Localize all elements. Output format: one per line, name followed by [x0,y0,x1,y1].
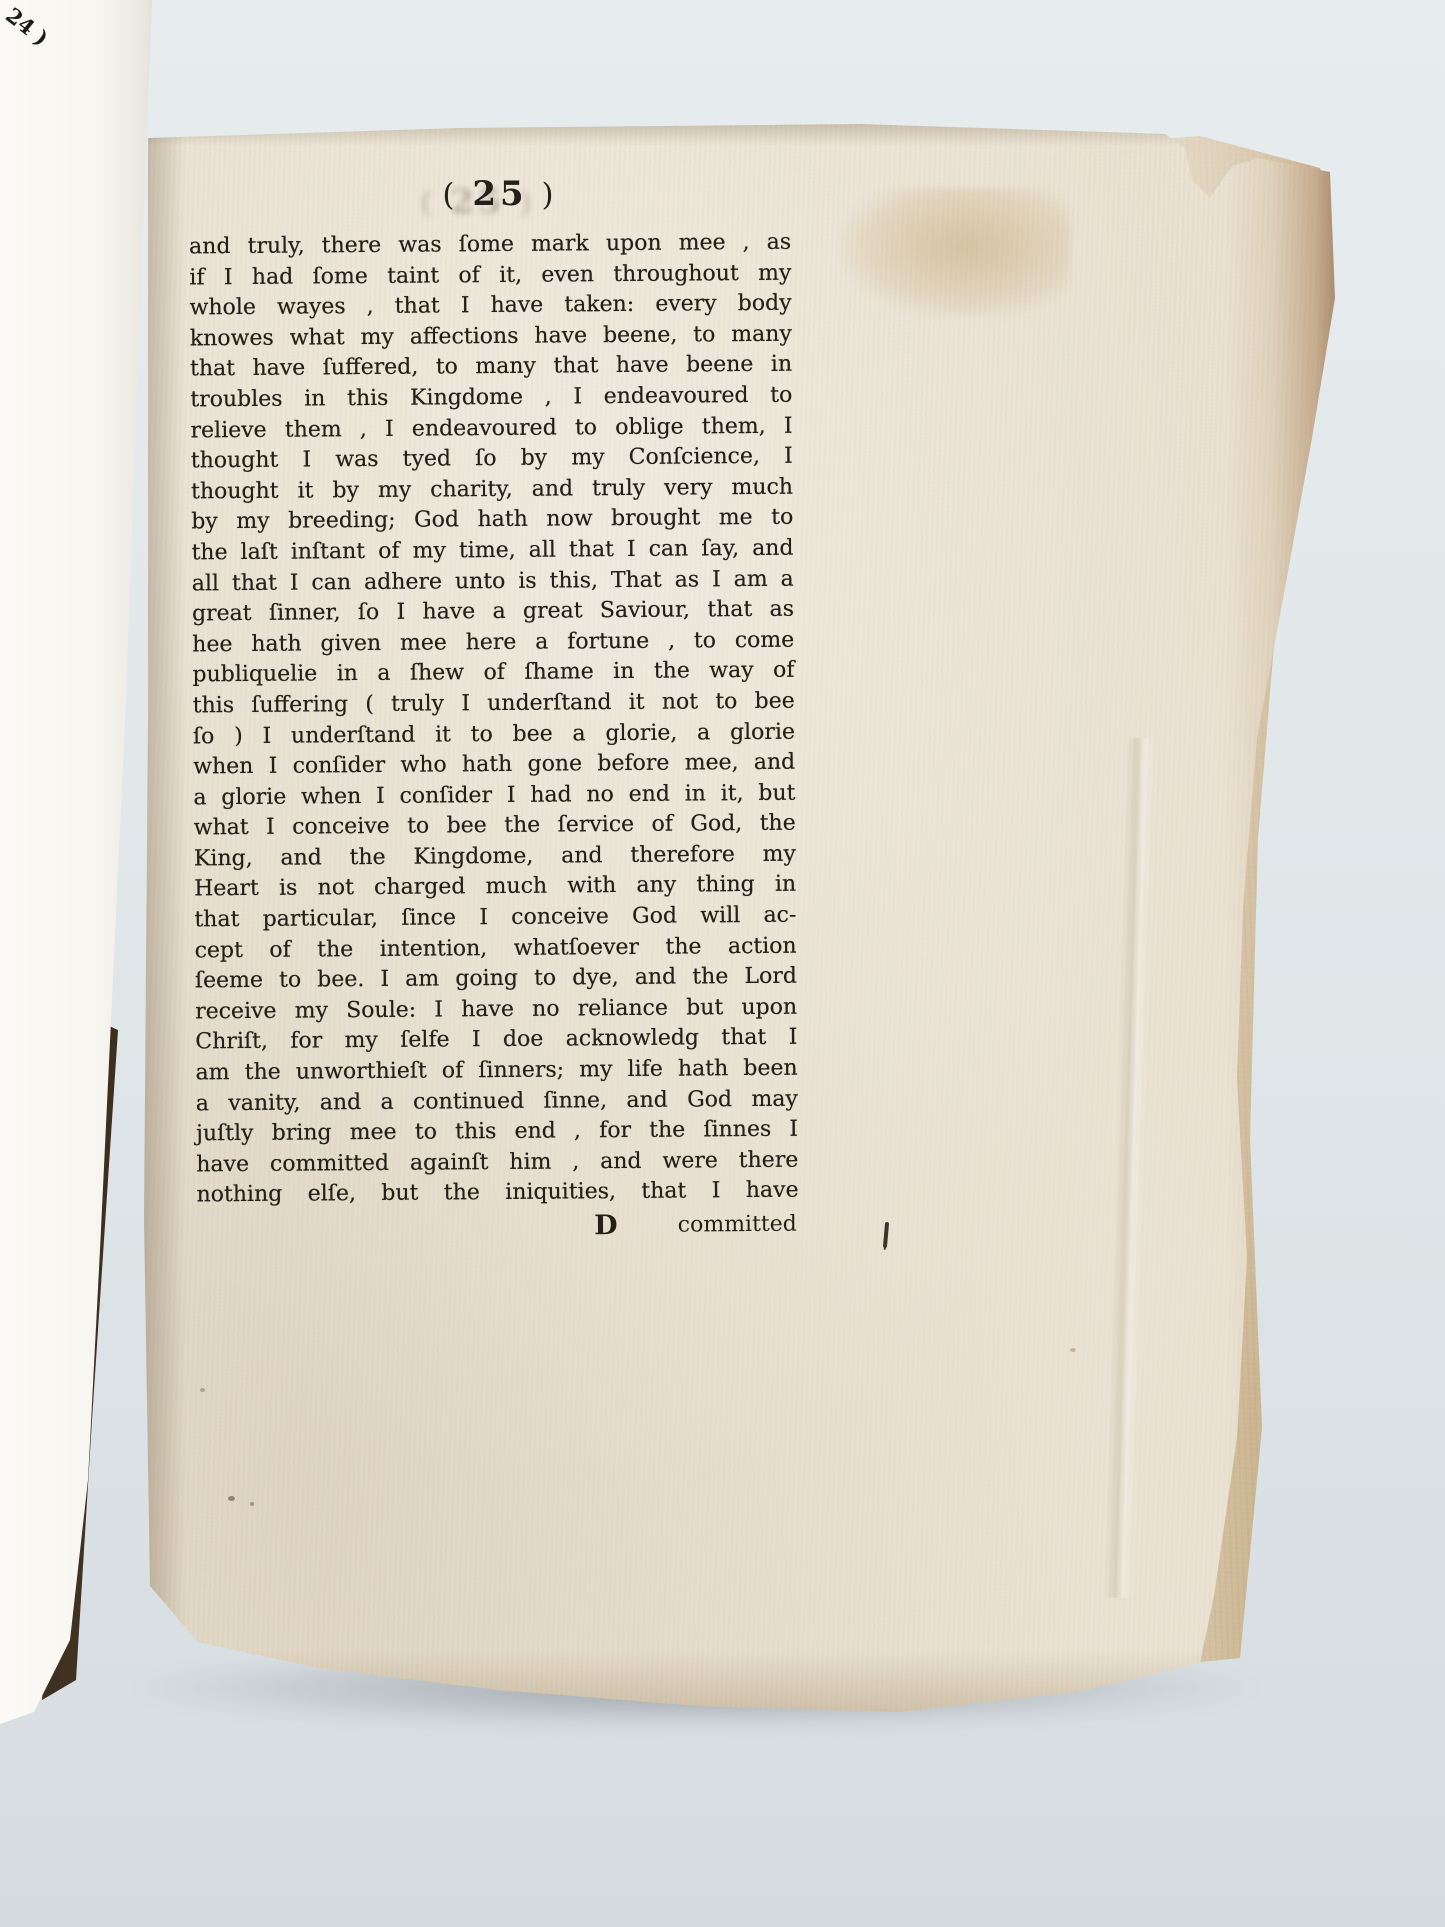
text-line: thought I was tyed ſo by my Conſcience, … [191,442,793,477]
text-line: knowes what my affections have beene, to… [190,319,792,354]
text-line: King, and the Kingdome, and therefore my [194,840,796,875]
signature-row: D committed [197,1209,799,1250]
text-line: relieve them , I endeavoured to oblige t… [190,411,792,446]
text-line: have committed againſt him , and were th… [196,1145,798,1180]
text-line: that have ſuffered, to many that have be… [190,350,792,385]
paren-close: ) [542,177,558,213]
foxing-speck [228,1496,235,1501]
text-line: this ſuffering ( truly I underſtand it n… [193,687,795,722]
text-line: that particular, ſince I conceive God wi… [194,901,796,936]
foxing-speck [1070,1348,1076,1352]
catchword: committed [678,1212,797,1238]
text-line: a vanity, and a continued ſinne, and God… [196,1084,798,1119]
signature-mark: D [594,1210,618,1241]
text-line: when I conſider who hath gone before mee… [193,748,795,783]
text-line: receive my Soule: I have no reliance but… [195,992,797,1027]
text-line: and truly, there was ſome mark upon mee … [189,228,791,263]
text-line: troubles in this Kingdome , I endeavoure… [190,381,792,416]
text-line: if I had ſome taint of it, even througho… [189,258,791,293]
text-line: am the unworthieſt of ſinners; my life h… [196,1054,798,1089]
text-line: great ſinner, ſo I have a great Saviour,… [192,595,794,630]
page-number: ( 25 ) [390,174,610,214]
main-text-block: and truly, there was ſome mark upon mee … [189,228,799,1250]
text-line: what I conceive to bee the ſervice of Go… [194,809,796,844]
text-line: a glorie when I conſider I had no end in… [193,778,795,813]
text-line: the laſt inſtant of my time, all that I … [191,534,793,569]
text-line: ſo ) I underſtand it to bee a glorie, a … [193,717,795,752]
text-line: Chriſt, for my ſelfe I doe acknowledg th… [195,1023,797,1058]
page-number-value: 25 [472,174,527,214]
book-photo-scene: ( 25 ) ( 25 ) and truly, there was ſome … [0,0,1445,1927]
text-line: all that I can adhere unto is this, That… [192,564,794,599]
text-line: by my breeding; God hath now brought me … [191,503,793,538]
text-line: whole wayes , that I have taken: every b… [189,289,791,324]
text-line: nothing elſe, but the iniquities, that I… [196,1176,798,1211]
left-page-number: 24 ) [1,2,53,50]
text-line: cept of the intention, whatſoever the ac… [195,931,797,966]
text-line: publiquelie in a ſhew of ſhame in the wa… [192,656,794,691]
text-line: hee hath given mee here a fortune , to c… [192,625,794,660]
paren-open: ( [442,177,458,213]
text-line: Heart is not charged much with any thing… [194,870,796,905]
paper-stain [840,188,1070,318]
foxing-speck [250,1502,254,1506]
text-line: ſeeme to bee. I am going to dye, and the… [195,962,797,997]
main-page-leaf: ( 25 ) ( 25 ) and truly, there was ſome … [140,118,1340,1730]
text-lines: and truly, there was ſome mark upon mee … [189,228,799,1212]
text-line: juſtly bring mee to this end , for the ſ… [196,1115,798,1150]
foxing-speck [200,1388,205,1392]
text-line: thought it by my charity, and truly very… [191,472,793,507]
